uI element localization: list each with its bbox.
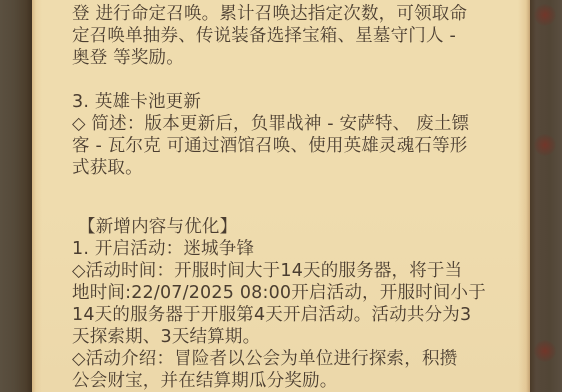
section-title-hero-pool: 3. 英雄卡池更新 [72,91,492,113]
section-heading-new-content: 【新增内容与优化】 [72,216,492,238]
text-line: ◇ 简述：版本更新后，负罪战神 - 安萨特、 废土镖 [72,113,492,135]
text-line: 天探索期、3天结算期。 [72,326,492,348]
rail-ornament [534,340,556,362]
announcement-content: 登 进行命定召唤。累计召唤达指定次数，可领取命 定召唤单抽券、传说装备选择宝箱、… [72,3,492,392]
window-frame: 登 进行命定召唤。累计召唤达指定次数，可领取命 定召唤单抽券、传说装备选择宝箱、… [0,0,562,392]
text-line: ◇活动介绍：冒险者以公会为单位进行探索，积攒 [72,348,492,370]
left-frame-rail [0,0,32,392]
text-line: 公会财宝，并在结算期瓜分奖励。 [72,370,492,392]
text-line: 定召唤单抽券、传说装备选择宝箱、星墓守门人 - [72,25,492,47]
text-line: 奥登 等奖励。 [72,47,492,69]
spacer [72,201,492,216]
spacer [72,179,492,201]
text-line: 客 - 瓦尔克 可通过酒馆召唤、使用英雄灵魂石等形 [72,135,492,157]
text-line: 14天的服务器于开服第4天开启活动。活动共分为3 [72,304,492,326]
text-line: 式获取。 [72,157,492,179]
rail-ornament [534,134,556,156]
text-line: 登 进行命定召唤。累计召唤达指定次数，可领取命 [72,3,492,25]
item-title-event: 1. 开启活动：迷城争锋 [72,238,492,260]
right-frame-rail [530,0,562,392]
text-line: 地时间:22/07/2025 08:00开启活动，开服时间小于 [72,282,492,304]
text-line: ◇活动时间：开服时间大于14天的服务器，将于当 [72,260,492,282]
rail-ornament [534,4,556,26]
spacer [72,69,492,91]
